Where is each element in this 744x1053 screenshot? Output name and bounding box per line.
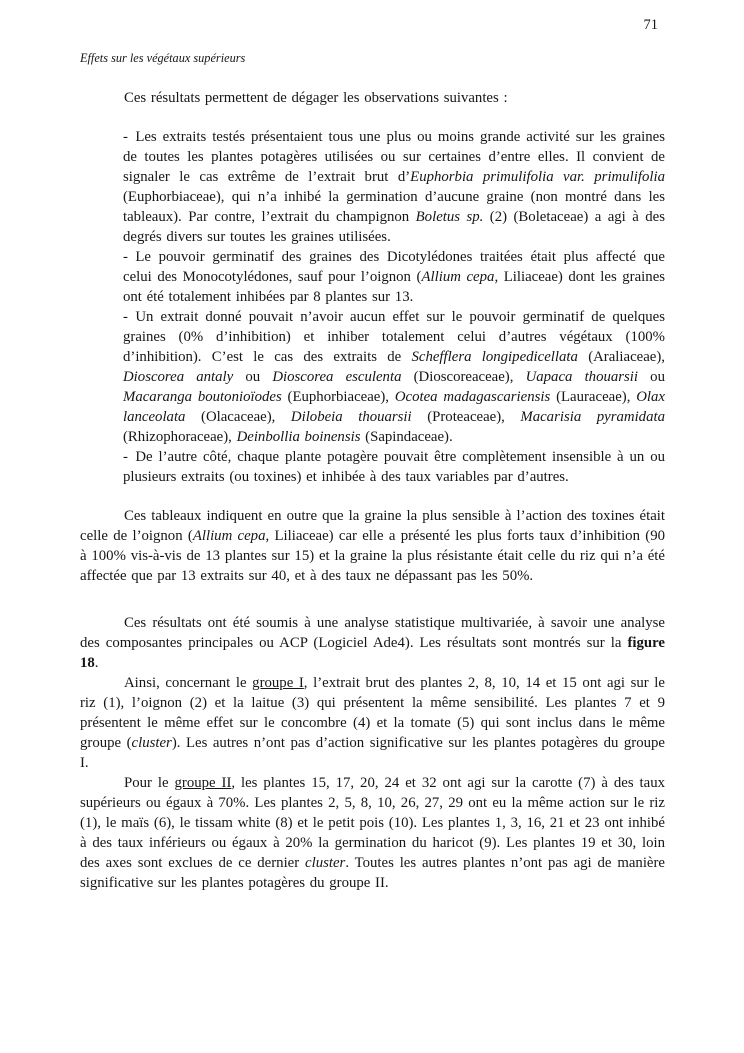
text-run: Allium cepa xyxy=(421,269,494,285)
body-paragraphs: Ces tableaux indiquent en outre que la g… xyxy=(80,506,665,893)
text-run: (Rhizophoraceae), xyxy=(123,429,237,445)
text-run: groupe I xyxy=(252,675,304,691)
bullet-paragraph: - Un extrait donné pouvait n’avoir aucun… xyxy=(123,307,665,447)
text-run: ou xyxy=(638,369,665,385)
text-run: Dioscorea antaly xyxy=(123,369,233,385)
text-run: cluster xyxy=(305,855,345,871)
text-run: Deinbollia boinensis xyxy=(237,429,361,445)
page-number: 71 xyxy=(644,16,659,34)
body-paragraph: Ainsi, concernant le groupe I, l’extrait… xyxy=(80,673,665,773)
text-run: (Proteaceae), xyxy=(412,409,521,425)
text-run: (Olacaceae), xyxy=(185,409,290,425)
text-run: cluster xyxy=(132,735,172,751)
bullet-paragraph: - Les extraits testés présentaient tous … xyxy=(123,127,665,247)
text-run: (Sapindaceae). xyxy=(360,429,452,445)
text-run: Ces résultats ont été soumis à une analy… xyxy=(80,615,665,651)
text-run: - De l’autre côté, chaque plante potagèr… xyxy=(123,449,665,485)
text-run: Ocotea madagascariensis xyxy=(395,389,550,405)
text-run: Ainsi, concernant le xyxy=(124,675,252,691)
text-run: Macaranga boutonioïodes xyxy=(123,389,282,405)
bullet-paragraph: - De l’autre côté, chaque plante potagèr… xyxy=(123,447,665,487)
bullet-paragraph: - Le pouvoir germinatif des graines des … xyxy=(123,247,665,307)
text-run: Uapaca thouarsii xyxy=(526,369,638,385)
document-page: 71 Effets sur les végétaux supérieurs Ce… xyxy=(0,0,744,1053)
text-run: Schefflera longipedicellata xyxy=(411,349,577,365)
text-run: Allium cepa xyxy=(193,528,266,544)
text-run: Macarisia pyramidata xyxy=(520,409,665,425)
body-paragraph: Ces résultats ont été soumis à une analy… xyxy=(80,613,665,673)
body-paragraph: Ces tableaux indiquent en outre que la g… xyxy=(80,506,665,586)
page-content: Ces résultats permettent de dégager les … xyxy=(80,88,665,893)
intro-paragraph: Ces résultats permettent de dégager les … xyxy=(80,88,665,108)
text-run: (Araliaceae), xyxy=(578,349,665,365)
text-run: ou xyxy=(233,369,272,385)
text-run: Dioscorea esculenta xyxy=(272,369,401,385)
text-run: (Lauraceae), xyxy=(550,389,636,405)
text-run: Dilobeia thouarsii xyxy=(291,409,412,425)
text-run: groupe II xyxy=(175,775,232,791)
text-run: . xyxy=(95,655,99,671)
text-run: Boletus sp. xyxy=(416,209,484,225)
text-run: (Euphorbiaceae), xyxy=(282,389,395,405)
body-paragraph: Pour le groupe II, les plantes 15, 17, 2… xyxy=(80,773,665,893)
running-header: Effets sur les végétaux supérieurs xyxy=(80,50,245,66)
text-run: (Dioscoreaceae), xyxy=(401,369,525,385)
bullet-list: - Les extraits testés présentaient tous … xyxy=(123,127,665,487)
text-run: Pour le xyxy=(124,775,175,791)
text-run: Euphorbia primulifolia var. primulifolia xyxy=(410,169,665,185)
